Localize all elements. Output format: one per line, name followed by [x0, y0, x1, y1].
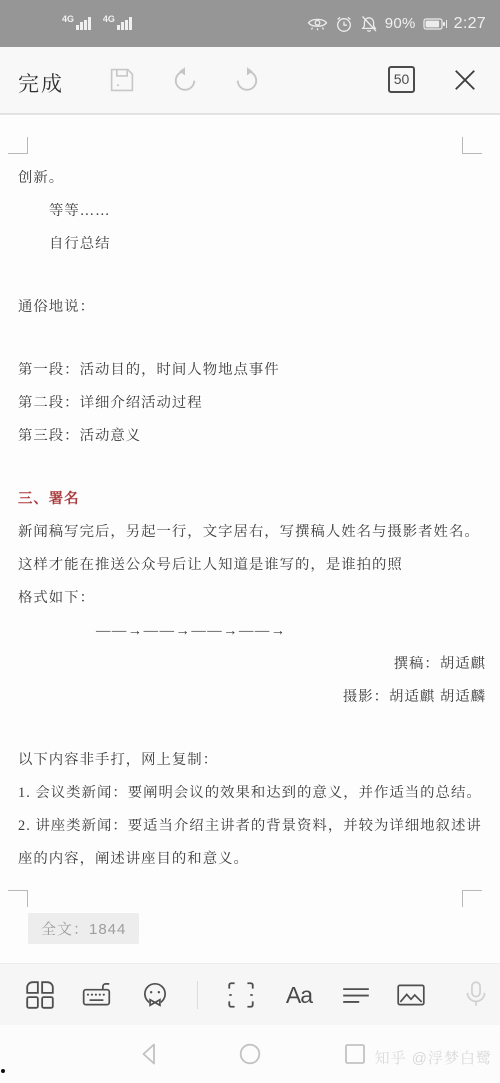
doc-paragraph: 创新。: [18, 162, 486, 195]
doc-paragraph: 新闻稿写完后，另起一行，文字居右，写撰稿人姓名与摄影者姓名。: [18, 516, 486, 549]
sim2-label: 4G: [103, 14, 115, 24]
editing-toolbar: Aa: [0, 963, 500, 1025]
paragraph-align-icon[interactable]: [340, 979, 372, 1011]
done-button[interactable]: 完成: [18, 68, 64, 98]
sim1-label: 4G: [62, 14, 74, 24]
editor-toolbar: 完成 50: [0, 47, 500, 115]
home-icon[interactable]: [237, 1041, 263, 1067]
doc-heading: 三、署名: [18, 483, 486, 516]
doc-paragraph: 以下内容非手打，网上复制：: [18, 744, 486, 777]
status-bar: 4G 4G: [0, 0, 500, 47]
document-body: 创新。等等……自行总结通俗地说：第一段：活动目的，时间人物地点事件第二段：详细介…: [0, 117, 500, 876]
font-format-button[interactable]: Aa: [283, 979, 315, 1011]
emoji-icon[interactable]: [139, 979, 171, 1011]
doc-paragraph: 等等……: [18, 195, 486, 228]
doc-paragraph: ——→——→——→——→: [18, 615, 486, 648]
font-size-badge[interactable]: 50: [388, 66, 415, 93]
recents-icon[interactable]: [342, 1041, 368, 1067]
document-page[interactable]: 创新。等等……自行总结通俗地说：第一段：活动目的，时间人物地点事件第二段：详细介…: [0, 117, 500, 963]
sim1-signal-icon: 4G: [62, 17, 91, 30]
microphone-icon[interactable]: [460, 979, 492, 1011]
signal-bars-icon: [117, 17, 132, 30]
doc-paragraph: 第二段：详细介绍活动过程: [18, 387, 486, 420]
page-margin-mark: [8, 137, 28, 154]
close-icon[interactable]: [450, 65, 480, 95]
doc-paragraph: 摄影：胡适麒 胡适麟: [18, 681, 486, 714]
doc-paragraph: 自行总结: [18, 228, 486, 261]
doc-paragraph: [18, 324, 486, 354]
doc-paragraph: [18, 714, 486, 744]
android-nav-bar: 知乎 @浮梦白鹭: [0, 1025, 500, 1083]
insert-image-icon[interactable]: [395, 979, 427, 1011]
eye-comfort-icon: [307, 16, 328, 31]
signal-bars-icon: [76, 17, 91, 30]
doc-paragraph: 1. 会议类新闻：要阐明会议的效果和达到的意义，并作适当的总结。: [18, 777, 486, 810]
doc-paragraph: 这样才能在推送公众号后让人知道是谁写的，是谁拍的照: [18, 549, 486, 582]
battery-icon: [423, 17, 447, 31]
keyboard-icon[interactable]: [81, 979, 113, 1011]
doc-paragraph: 通俗地说：: [18, 291, 486, 324]
doc-paragraph: 格式如下：: [18, 582, 486, 615]
doc-paragraph: 第一段：活动目的，时间人物地点事件: [18, 354, 486, 387]
save-icon[interactable]: [107, 65, 137, 95]
doc-paragraph: [18, 453, 486, 483]
clock-time: 2:27: [454, 15, 486, 33]
doc-paragraph: 撰稿：胡适麒: [18, 648, 486, 681]
page-margin-mark: [8, 890, 28, 907]
doc-paragraph: [18, 261, 486, 291]
mute-icon: [360, 15, 378, 33]
back-icon[interactable]: [137, 1041, 163, 1067]
doc-paragraph: 2. 讲座类新闻：要适当介绍主讲者的背景资料，并较为详细地叙述讲座的内容，阐述讲…: [18, 810, 486, 876]
alarm-icon: [335, 15, 353, 33]
battery-percent: 90%: [385, 15, 416, 32]
redo-icon[interactable]: [232, 65, 262, 95]
toolbar-divider: [197, 981, 198, 1009]
page-margin-mark: [462, 890, 482, 907]
sim2-signal-icon: 4G: [103, 17, 132, 30]
zhihu-watermark: 知乎 @浮梦白鹭: [375, 1047, 492, 1068]
screen-artifact-dot: [1, 1069, 5, 1073]
signal-area: 4G 4G: [62, 17, 144, 30]
tools-grid-icon[interactable]: [24, 979, 56, 1011]
word-count-badge: 全文：1844: [28, 913, 139, 944]
selection-frame-icon[interactable]: [225, 979, 257, 1011]
page-margin-mark: [462, 137, 482, 154]
undo-icon[interactable]: [170, 65, 200, 95]
doc-paragraph: 第三段：活动意义: [18, 420, 486, 453]
